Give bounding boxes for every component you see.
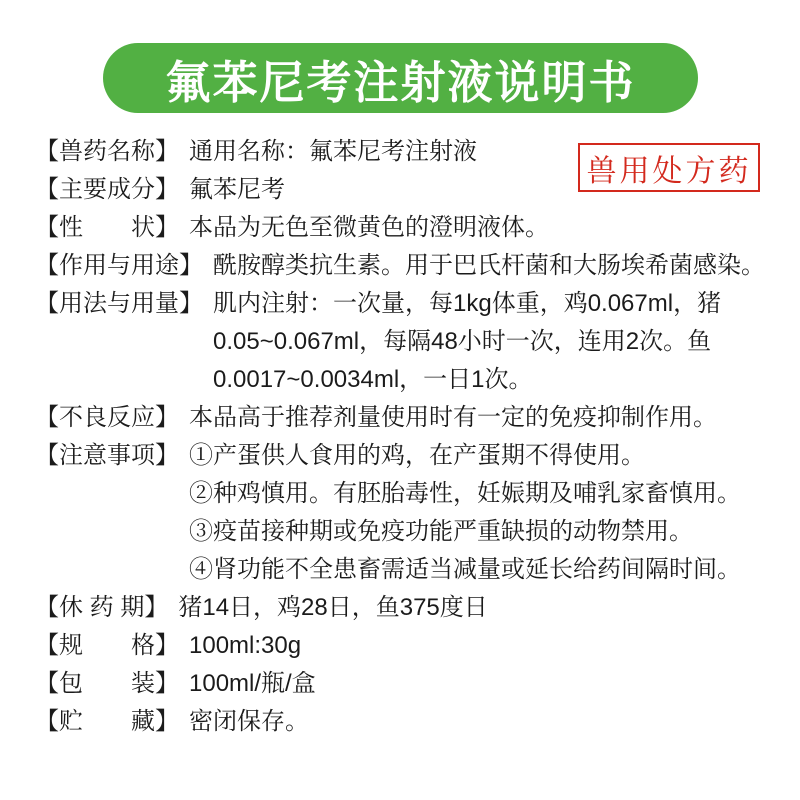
row-precautions: 【注意事项】 ①产蛋供人食用的鸡，在产蛋期不得使用。 ②种鸡慎用。有胚胎毒性，妊… [35, 437, 776, 589]
row-specification-value: 100ml:30g [189, 627, 776, 665]
row-dosage-label: 【用法与用量】 [35, 285, 203, 323]
row-drug-name-value: 通用名称：氟苯尼考注射液 [189, 133, 776, 171]
row-dosage: 【用法与用量】 肌内注射：一次量，每1kg体重，鸡0.067ml，猪0.05~0… [35, 285, 776, 399]
row-specification: 【规 格】 100ml:30g [35, 627, 776, 665]
row-withdrawal-period-label: 【休 药 期】 [35, 589, 168, 627]
row-indications-value: 酰胺醇类抗生素。用于巴氏杆菌和大肠埃希菌感染。 [213, 247, 776, 285]
row-withdrawal-period-value: 猪14日，鸡28日，鱼375度日 [178, 589, 776, 627]
row-storage-label: 【贮 藏】 [35, 703, 179, 741]
precaution-item: ③疫苗接种期或免疫功能严重缺损的动物禁用。 [189, 513, 776, 551]
row-dosage-value: 肌内注射：一次量，每1kg体重，鸡0.067ml，猪0.05~0.067ml，每… [213, 285, 776, 399]
row-appearance-value: 本品为无色至微黄色的澄明液体。 [189, 209, 776, 247]
row-precautions-value: ①产蛋供人食用的鸡，在产蛋期不得使用。 ②种鸡慎用。有胚胎毒性，妊娠期及哺乳家畜… [189, 437, 776, 589]
row-appearance: 【性 状】 本品为无色至微黄色的澄明液体。 [35, 209, 776, 247]
spec-sheet: 【兽药名称】 通用名称：氟苯尼考注射液 【主要成分】 氟苯尼考 【性 状】 本品… [35, 133, 776, 741]
row-withdrawal-period: 【休 药 期】 猪14日，鸡28日，鱼375度日 [35, 589, 776, 627]
row-adverse-reactions-label: 【不良反应】 [35, 399, 179, 437]
row-drug-name-label: 【兽药名称】 [35, 133, 179, 171]
row-ingredients-value: 氟苯尼考 [189, 171, 776, 209]
row-packaging-label: 【包 装】 [35, 665, 179, 703]
row-storage: 【贮 藏】 密闭保存。 [35, 703, 776, 741]
row-ingredients: 【主要成分】 氟苯尼考 [35, 171, 776, 209]
row-indications-label: 【作用与用途】 [35, 247, 203, 285]
precaution-item: ②种鸡慎用。有胚胎毒性，妊娠期及哺乳家畜慎用。 [189, 475, 776, 513]
row-indications: 【作用与用途】 酰胺醇类抗生素。用于巴氏杆菌和大肠埃希菌感染。 [35, 247, 776, 285]
row-drug-name: 【兽药名称】 通用名称：氟苯尼考注射液 [35, 133, 776, 171]
row-packaging: 【包 装】 100ml/瓶/盒 [35, 665, 776, 703]
row-specification-label: 【规 格】 [35, 627, 179, 665]
row-packaging-value: 100ml/瓶/盒 [189, 665, 776, 703]
row-precautions-label: 【注意事项】 [35, 437, 179, 475]
row-storage-value: 密闭保存。 [189, 703, 776, 741]
row-adverse-reactions: 【不良反应】 本品高于推荐剂量使用时有一定的免疫抑制作用。 [35, 399, 776, 437]
row-adverse-reactions-value: 本品高于推荐剂量使用时有一定的免疫抑制作用。 [189, 399, 776, 437]
precaution-item: ④肾功能不全患畜需适当减量或延长给药间隔时间。 [189, 551, 776, 589]
row-appearance-label: 【性 状】 [35, 209, 179, 247]
row-ingredients-label: 【主要成分】 [35, 171, 179, 209]
drug-leaflet-page: 氟苯尼考注射液说明书 兽用处方药 【兽药名称】 通用名称：氟苯尼考注射液 【主要… [0, 0, 800, 800]
page-title: 氟苯尼考注射液说明书 [165, 46, 635, 111]
precaution-item: ①产蛋供人食用的鸡，在产蛋期不得使用。 [189, 437, 776, 475]
title-banner: 氟苯尼考注射液说明书 [103, 43, 698, 113]
